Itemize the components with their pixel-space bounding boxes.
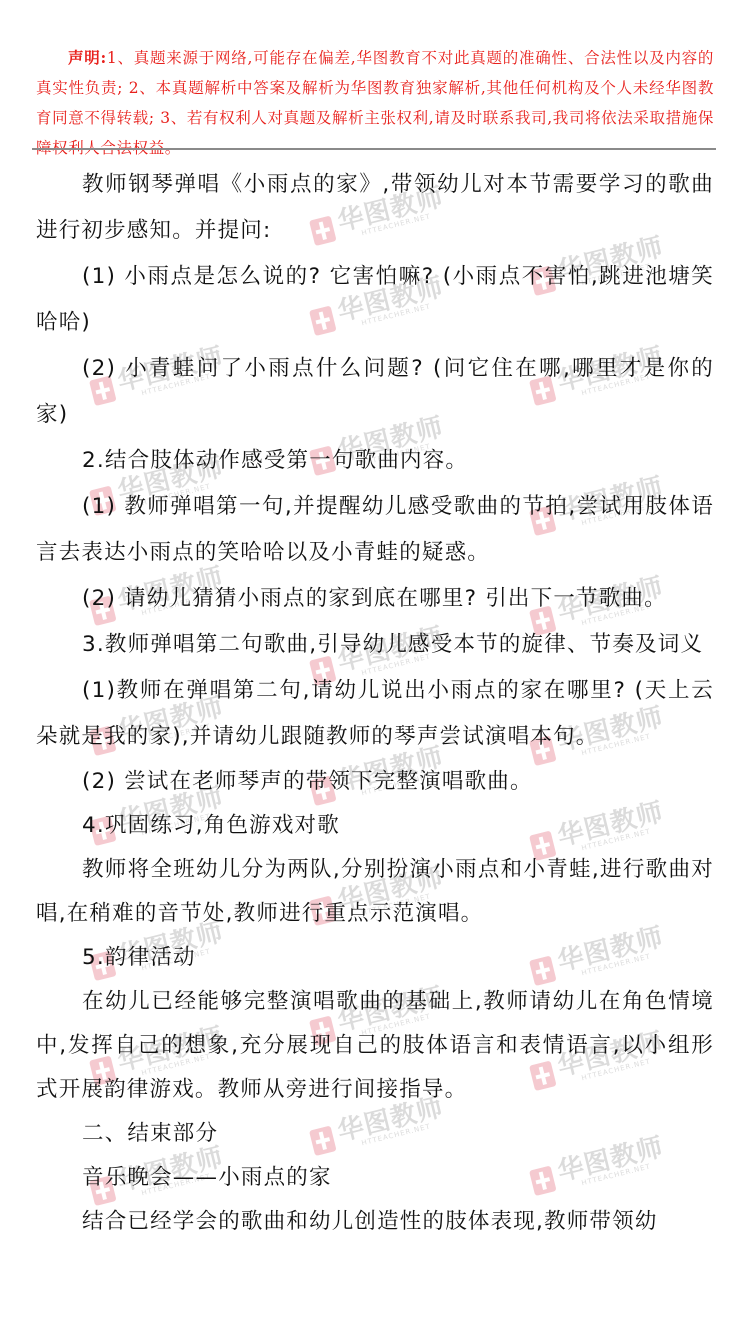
section-2-body: 结合已经学会的歌曲和幼儿创造性的肢体表现,教师带领幼	[36, 1200, 714, 1244]
section-2-heading: 二、结束部分	[36, 1112, 714, 1156]
step-3-item-2: (2) 尝试在老师琴声的带领下完整演唱歌曲。	[36, 760, 714, 804]
step-5-body: 在幼儿已经能够完整演唱歌曲的基础上,教师请幼儿在角色情境中,发挥自己的想象,充分…	[36, 980, 714, 1112]
step-5-heading: 5.韵律活动	[36, 936, 714, 980]
disclaimer-text: 1、真题来源于网络,可能存在偏差,华图教育不对此真题的准确性、合法性以及内容的真…	[36, 49, 714, 157]
disclaimer-label: 声明:	[68, 48, 107, 67]
step-2-item-1: (1) 教师弹唱第一句,并提醒幼儿感受歌曲的节拍,尝试用肢体语言去表达小雨点的笑…	[36, 484, 714, 576]
disclaimer-notice: 声明:1、真题来源于网络,可能存在偏差,华图教育不对此真题的准确性、合法性以及内…	[36, 43, 714, 163]
intro-paragraph: 教师钢琴弹唱《小雨点的家》,带领幼儿对本节需要学习的歌曲进行初步感知。并提问:	[36, 162, 714, 254]
section-2-subtitle: 音乐晚会——小雨点的家	[36, 1156, 714, 1200]
step-3-heading: 3.教师弹唱第二句歌曲,引导幼儿感受本节的旋律、节奏及词义	[36, 622, 714, 668]
step-2-item-2: (2) 请幼儿猜猜小雨点的家到底在哪里? 引出下一节歌曲。	[36, 576, 714, 622]
document-body: 教师钢琴弹唱《小雨点的家》,带领幼儿对本节需要学习的歌曲进行初步感知。并提问: …	[36, 158, 714, 1244]
step-2-heading: 2.结合肢体动作感受第一句歌曲内容。	[36, 438, 714, 484]
header-divider	[32, 148, 716, 150]
step-3-item-1: (1)教师在弹唱第二句,请幼儿说出小雨点的家在哪里? (天上云朵就是我的家),并…	[36, 668, 714, 760]
step-4-heading: 4.巩固练习,角色游戏对歌	[36, 804, 714, 848]
question-2: (2) 小青蛙问了小雨点什么问题? (问它住在哪,哪里才是你的家)	[36, 346, 714, 438]
step-4-body: 教师将全班幼儿分为两队,分别扮演小雨点和小青蛙,进行歌曲对唱,在稍难的音节处,教…	[36, 848, 714, 936]
question-1: (1) 小雨点是怎么说的? 它害怕嘛? (小雨点不害怕,跳进池塘笑哈哈)	[36, 254, 714, 346]
